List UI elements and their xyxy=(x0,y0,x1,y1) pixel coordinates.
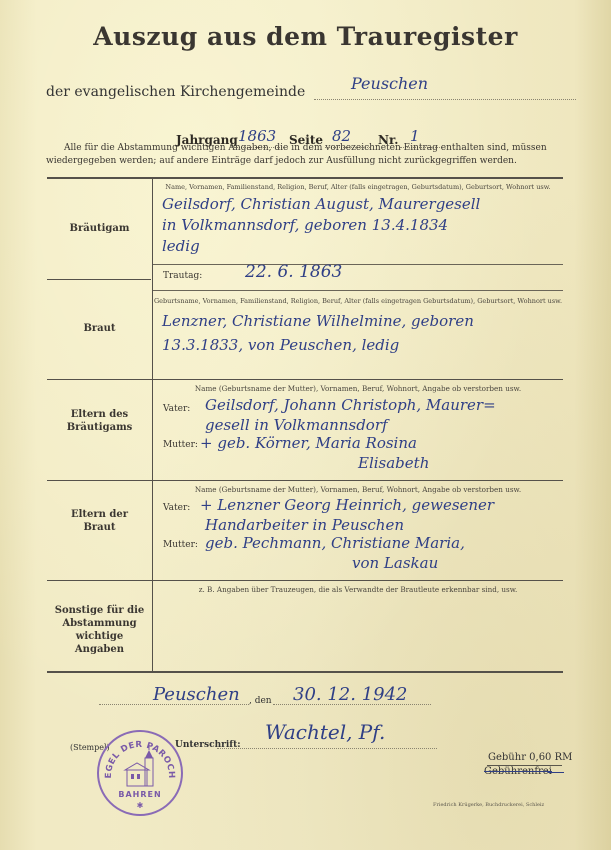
groom-father-line-2: gesell in Volkmannsdorf xyxy=(205,416,388,434)
groom-mother-label: Mutter: xyxy=(163,440,198,450)
den-label: , den xyxy=(249,696,272,706)
place-date-row: Peuschen , den 30. 12. 1942 xyxy=(95,690,435,710)
printer-note: Friedrich Krügerke, Buchdruckerei, Schle… xyxy=(433,802,544,808)
groom-parents-label: Eltern des Bräutigams xyxy=(47,408,152,434)
bride-label: Braut xyxy=(47,322,152,335)
groom-father-label: Vater: xyxy=(163,404,190,414)
groom-entry-line-3: ledig xyxy=(162,237,200,255)
svg-text:BAHREN: BAHREN xyxy=(118,790,161,799)
bride-parents-row-divider xyxy=(47,580,563,581)
bride-father-label: Vater: xyxy=(163,503,190,513)
strike-arrow xyxy=(548,772,564,773)
wedding-date-value: 22. 6. 1863 xyxy=(245,262,342,282)
place-value: Peuschen xyxy=(153,684,240,705)
wedding-date-label: Trautag: xyxy=(163,271,202,281)
bride-father-line-2: Handarbeiter in Peuschen xyxy=(205,516,404,534)
groom-parents-label-line-2: Bräutigams xyxy=(67,422,133,433)
groom-row-divider-right xyxy=(153,290,563,291)
other-info-label-line-3: Angaben xyxy=(75,644,124,655)
date-value: 30. 12. 1942 xyxy=(293,684,408,705)
fee-label: Gebühr 0,60 RM xyxy=(488,752,572,763)
parish-seal-stamp: SIEGEL DER PAROCHIE BAHREN ✱ xyxy=(97,730,183,816)
svg-text:✱: ✱ xyxy=(137,801,144,810)
signature-line xyxy=(217,748,437,749)
bride-mother-line-2: von Laskau xyxy=(352,554,438,572)
bride-mother-line-1: geb. Pechmann, Christiane Maria, xyxy=(205,534,465,552)
svg-text:SIEGEL DER PAROCHIE: SIEGEL DER PAROCHIE xyxy=(99,732,176,779)
table-bottom-border xyxy=(47,671,563,673)
congregation-value: Peuschen xyxy=(351,74,428,93)
groom-label: Bräutigam xyxy=(47,222,152,235)
table-column-divider xyxy=(152,179,153,672)
groom-row-divider-left xyxy=(47,279,151,280)
bride-parents-label-line-1: Eltern der xyxy=(71,509,128,520)
bride-parents-label-line-2: Braut xyxy=(83,522,115,533)
bride-mother-label: Mutter: xyxy=(163,540,198,550)
other-info-hint: z. B. Angaben über Trauzeugen, die als V… xyxy=(153,585,563,594)
groom-parents-hint: Name (Geburtsname der Mutter), Vornamen,… xyxy=(153,384,563,393)
groom-parents-row-divider xyxy=(47,480,563,481)
bride-entry-line-2: 13.3.1833, von Peuschen, ledig xyxy=(162,336,399,354)
bride-row-divider xyxy=(47,379,563,380)
document-title: Auszug aus dem Trauregister xyxy=(0,22,611,51)
church-icon: SIEGEL DER PAROCHIE BAHREN ✱ xyxy=(99,732,181,814)
bride-hint: Geburtsname, Vornamen, Familienstand, Re… xyxy=(153,297,563,305)
instructions-text: Alle für die Abstammung wichtigen Angabe… xyxy=(46,142,566,168)
other-info-label-line-2: Abstammung wichtige xyxy=(62,618,136,642)
groom-hint: Name, Vornamen, Familienstand, Religion,… xyxy=(153,183,563,191)
groom-father-line-1: Geilsdorf, Johann Christoph, Maurer= xyxy=(205,396,496,414)
congregation-line xyxy=(314,99,576,100)
groom-mother-line-2: Elisabeth xyxy=(358,454,429,472)
other-info-label: Sonstige für die Abstammung wichtige Ang… xyxy=(47,604,152,656)
congregation-label: der evangelischen Kirchengemeinde xyxy=(46,84,305,100)
signature-value: Wachtel, Pf. xyxy=(265,720,385,744)
bride-father-line-1: + Lenzner Georg Heinrich, gewesener xyxy=(200,496,494,514)
other-info-label-line-1: Sonstige für die xyxy=(55,605,145,616)
groom-entry-line-1: Geilsdorf, Christian August, Maurergesel… xyxy=(162,195,480,213)
groom-entry-line-2: in Volkmannsdorf, geboren 13.4.1834 xyxy=(162,216,448,234)
congregation-row: der evangelischen Kirchengemeinde Peusch… xyxy=(46,82,576,104)
bride-entry-line-1: Lenzner, Christiane Wilhelmine, geboren xyxy=(162,312,474,330)
fee-exempt-label: Gebührenfrei xyxy=(484,766,552,777)
groom-mother-line-1: + geb. Körner, Maria Rosina xyxy=(200,434,417,452)
bride-parents-hint: Name (Geburtsname der Mutter), Vornamen,… xyxy=(153,485,563,494)
groom-wedding-divider xyxy=(153,264,563,265)
groom-parents-label-line-1: Eltern des xyxy=(71,409,128,420)
table-top-border xyxy=(47,177,563,179)
bride-parents-label: Eltern der Braut xyxy=(47,508,152,534)
